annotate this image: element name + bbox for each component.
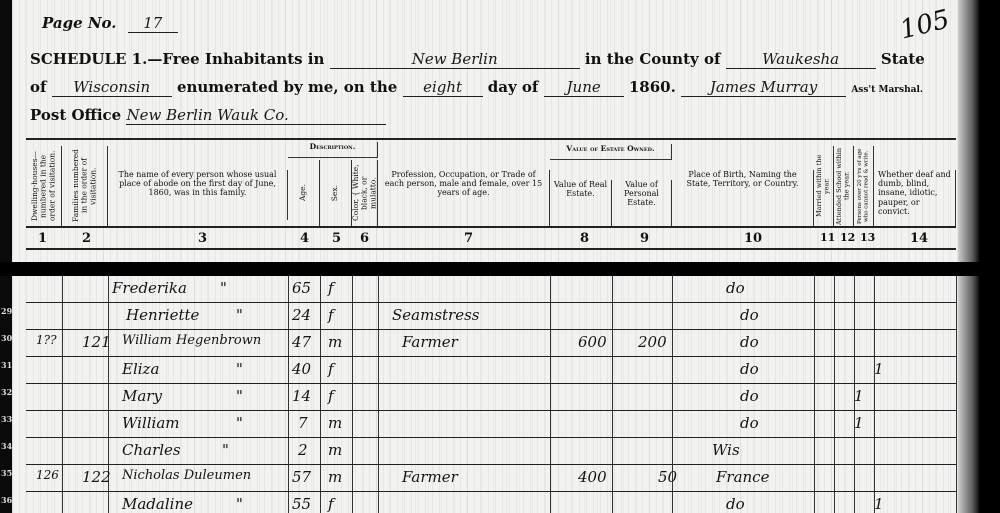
col-5-label: Sex. xyxy=(331,185,340,201)
real-estate-value: 600 xyxy=(578,333,607,351)
birthplace: do xyxy=(740,306,759,324)
description-group-header: Description. xyxy=(288,142,378,158)
col-6-label: Color, { White, black, or mulatto. xyxy=(352,160,378,226)
col-12-header: Attended School within the year. xyxy=(834,146,854,226)
census-row: Henriette " 24 f Seamstress do xyxy=(26,303,956,330)
post-office-field: New Berlin Wauk Co. xyxy=(126,106,386,125)
col-12-label: Attended School within the year. xyxy=(836,146,851,226)
col-8-header: Value of Real Estate. xyxy=(550,180,612,226)
person-name: Madaline xyxy=(122,495,193,513)
birthplace: do xyxy=(726,495,745,513)
age: 47 xyxy=(292,333,311,351)
col-num-8: 8 xyxy=(580,231,589,246)
schedule-title: SCHEDULE 1.—Free Inhabitants in xyxy=(30,50,324,68)
col-1-header: Dwelling-houses—numbered in the order of… xyxy=(26,146,62,226)
left-line-number: 33 xyxy=(1,414,12,424)
census-row: 126 122 Nicholas Duleumen 57 m Farmer 40… xyxy=(26,465,956,492)
marshal-label: Ass't Marshal. xyxy=(851,85,923,95)
day-of-label: day of xyxy=(488,78,539,96)
sex: m xyxy=(328,468,342,486)
col-num-2: 2 xyxy=(82,231,91,246)
col-num-6: 6 xyxy=(360,231,369,246)
sex: f xyxy=(328,387,334,405)
census-row: Frederika " 65 f do xyxy=(26,276,956,303)
folio-number: 105 xyxy=(897,4,952,45)
census-page: Page No. 17 105 SCHEDULE 1.—Free Inhabit… xyxy=(12,0,980,513)
col-14-label: Whether deaf and dumb, blind, insane, id… xyxy=(878,170,951,216)
left-line-number: 30 xyxy=(1,333,12,343)
birthplace: do xyxy=(740,387,759,405)
col-9-label: Value of Personal Estate. xyxy=(624,180,659,207)
year-label: 1860. xyxy=(629,78,676,96)
occupation: Farmer xyxy=(402,333,458,351)
rule xyxy=(956,276,957,513)
col-3-header: The name of every person whose usual pla… xyxy=(108,170,288,220)
col-num-14: 14 xyxy=(910,231,928,246)
col-10-label: Place of Birth, Naming the State, Territ… xyxy=(686,170,798,188)
col-num-12: 12 xyxy=(840,231,855,244)
illiterate-mark: 1 xyxy=(874,495,884,513)
birthplace: do xyxy=(740,333,759,351)
col-num-13: 13 xyxy=(860,231,875,244)
page-label-text: Page No. xyxy=(42,14,117,32)
school-mark: 1 xyxy=(854,387,864,405)
of-label: of xyxy=(30,78,46,96)
family-number: 122 xyxy=(82,468,111,486)
ditto-mark: " xyxy=(236,360,243,378)
person-name: Henriette xyxy=(126,306,199,324)
sex: f xyxy=(328,279,334,297)
person-name: William xyxy=(122,414,180,432)
estate-group-header: Value of Estate Owned. xyxy=(550,144,672,160)
left-line-number: 31 xyxy=(1,360,12,370)
dwelling-number: 1?? xyxy=(36,333,57,347)
dwelling-number: 126 xyxy=(36,468,59,482)
col-num-11: 11 xyxy=(820,231,835,244)
col-11-label: Married within the year. xyxy=(816,146,831,226)
birthplace: Wis xyxy=(712,441,740,459)
col-6-header: Color, { White, black, or mulatto. xyxy=(352,160,378,226)
left-line-number: 34 xyxy=(1,441,12,451)
age: 24 xyxy=(292,306,311,324)
col-num-5: 5 xyxy=(332,231,341,246)
sex: m xyxy=(328,441,342,459)
title-line-2: of Wisconsin enumerated by me, on the ei… xyxy=(30,78,923,97)
column-number-row: 1 2 3 4 5 6 7 8 9 10 11 12 13 14 xyxy=(26,226,956,250)
township-field: New Berlin xyxy=(330,50,580,69)
col-13-header: Persons over 20 y'rs of age who cannot r… xyxy=(854,146,874,226)
personal-estate-value: 50 xyxy=(658,468,677,486)
birthplace: do xyxy=(740,360,759,378)
col-10-header: Place of Birth, Naming the State, Territ… xyxy=(672,170,814,226)
census-row: Madaline " 55 f do 1 xyxy=(26,492,956,513)
col-num-7: 7 xyxy=(464,231,473,246)
age: 2 xyxy=(298,441,308,459)
census-row: 1?? 121 William Hegenbrown 47 m Farmer 6… xyxy=(26,330,956,357)
birthplace: France xyxy=(716,468,769,486)
sex: f xyxy=(328,495,334,513)
census-row: William " 7 m do 1 xyxy=(26,411,956,438)
col-num-3: 3 xyxy=(198,231,207,246)
census-row: Charles " 2 m Wis xyxy=(26,438,956,465)
school-mark: 1 xyxy=(854,414,864,432)
col-4-label: Age. xyxy=(299,184,308,201)
title-line-1: SCHEDULE 1.—Free Inhabitants in New Berl… xyxy=(30,50,925,69)
occupation: Seamstress xyxy=(392,306,480,324)
page-number-label: Page No. 17 xyxy=(42,14,178,33)
age: 40 xyxy=(292,360,311,378)
person-name: Frederika xyxy=(112,279,187,297)
col-11-header: Married within the year. xyxy=(814,146,834,226)
ditto-mark: " xyxy=(236,306,243,324)
post-office-label: Post Office xyxy=(30,106,121,124)
county-field: Waukesha xyxy=(726,50,876,69)
ditto-mark: " xyxy=(236,387,243,405)
left-line-number: 35 xyxy=(1,468,12,478)
col-2-header: Families numbered in the order of visita… xyxy=(62,146,108,226)
person-name: William Hegenbrown xyxy=(122,333,261,348)
ditto-mark: " xyxy=(220,279,227,297)
left-margin: 29 30 31 32 33 34 35 36 xyxy=(0,276,12,513)
col-1-label: Dwelling-houses—numbered in the order of… xyxy=(31,146,57,226)
col-13-label: Persons over 20 y'rs of age who cannot r… xyxy=(857,146,870,226)
col-4-header: Age. xyxy=(288,160,320,226)
day-field: eight xyxy=(403,78,483,97)
census-row: Eliza " 40 f do 1 xyxy=(26,357,956,384)
scan-splice-bar xyxy=(0,262,1000,276)
page-number: 17 xyxy=(128,14,178,33)
birthplace: do xyxy=(726,279,745,297)
sex: m xyxy=(328,414,342,432)
col-8-label: Value of Real Estate. xyxy=(554,180,607,198)
left-line-number: 32 xyxy=(1,387,12,397)
col-7-label: Profession, Occupation, or Trade of each… xyxy=(385,170,542,197)
illiterate-mark: 1 xyxy=(874,360,884,378)
enumerated-label: enumerated by me, on the xyxy=(177,78,397,96)
birthplace: do xyxy=(740,414,759,432)
personal-estate-value: 200 xyxy=(638,333,667,351)
month-field: June xyxy=(544,78,624,97)
sex: m xyxy=(328,333,342,351)
col-num-1: 1 xyxy=(38,231,47,246)
title-line-3: Post Office New Berlin Wauk Co. xyxy=(30,106,386,125)
state-field: Wisconsin xyxy=(52,78,172,97)
person-name: Charles xyxy=(122,441,181,459)
left-line-number: 29 xyxy=(1,306,12,316)
real-estate-value: 400 xyxy=(578,468,607,486)
left-line-number: 36 xyxy=(1,495,12,505)
person-name: Nicholas Duleumen xyxy=(122,468,251,483)
age: 55 xyxy=(292,495,311,513)
col-num-10: 10 xyxy=(744,231,762,246)
census-row: Mary " 14 f do 1 xyxy=(26,384,956,411)
scan-right-border xyxy=(958,0,980,513)
sex: f xyxy=(328,360,334,378)
ditto-mark: " xyxy=(236,414,243,432)
ditto-mark: " xyxy=(222,441,229,459)
col-num-4: 4 xyxy=(300,231,309,246)
age: 65 xyxy=(292,279,311,297)
state-label: State xyxy=(881,50,925,68)
county-label: in the County of xyxy=(585,50,721,68)
person-name: Eliza xyxy=(122,360,159,378)
col-9-header: Value of Personal Estate. xyxy=(612,180,672,226)
age: 57 xyxy=(292,468,311,486)
col-14-header: Whether deaf and dumb, blind, insane, id… xyxy=(874,170,956,226)
person-name: Mary xyxy=(122,387,162,405)
enumerator-signature: James Murray xyxy=(681,78,846,97)
col-5-header: Sex. xyxy=(320,160,352,226)
age: 7 xyxy=(298,414,308,432)
sex: f xyxy=(328,306,334,324)
age: 14 xyxy=(292,387,311,405)
family-number: 121 xyxy=(82,333,111,351)
col-2-label: Families numbered in the order of visita… xyxy=(72,146,98,226)
col-num-9: 9 xyxy=(640,231,649,246)
occupation: Farmer xyxy=(402,468,458,486)
col-3-label: The name of every person whose usual pla… xyxy=(119,170,277,197)
col-7-header: Profession, Occupation, or Trade of each… xyxy=(378,170,550,226)
ditto-mark: " xyxy=(236,495,243,513)
census-entries: Frederika " 65 f do Henriette " 24 f Sea… xyxy=(12,276,980,513)
